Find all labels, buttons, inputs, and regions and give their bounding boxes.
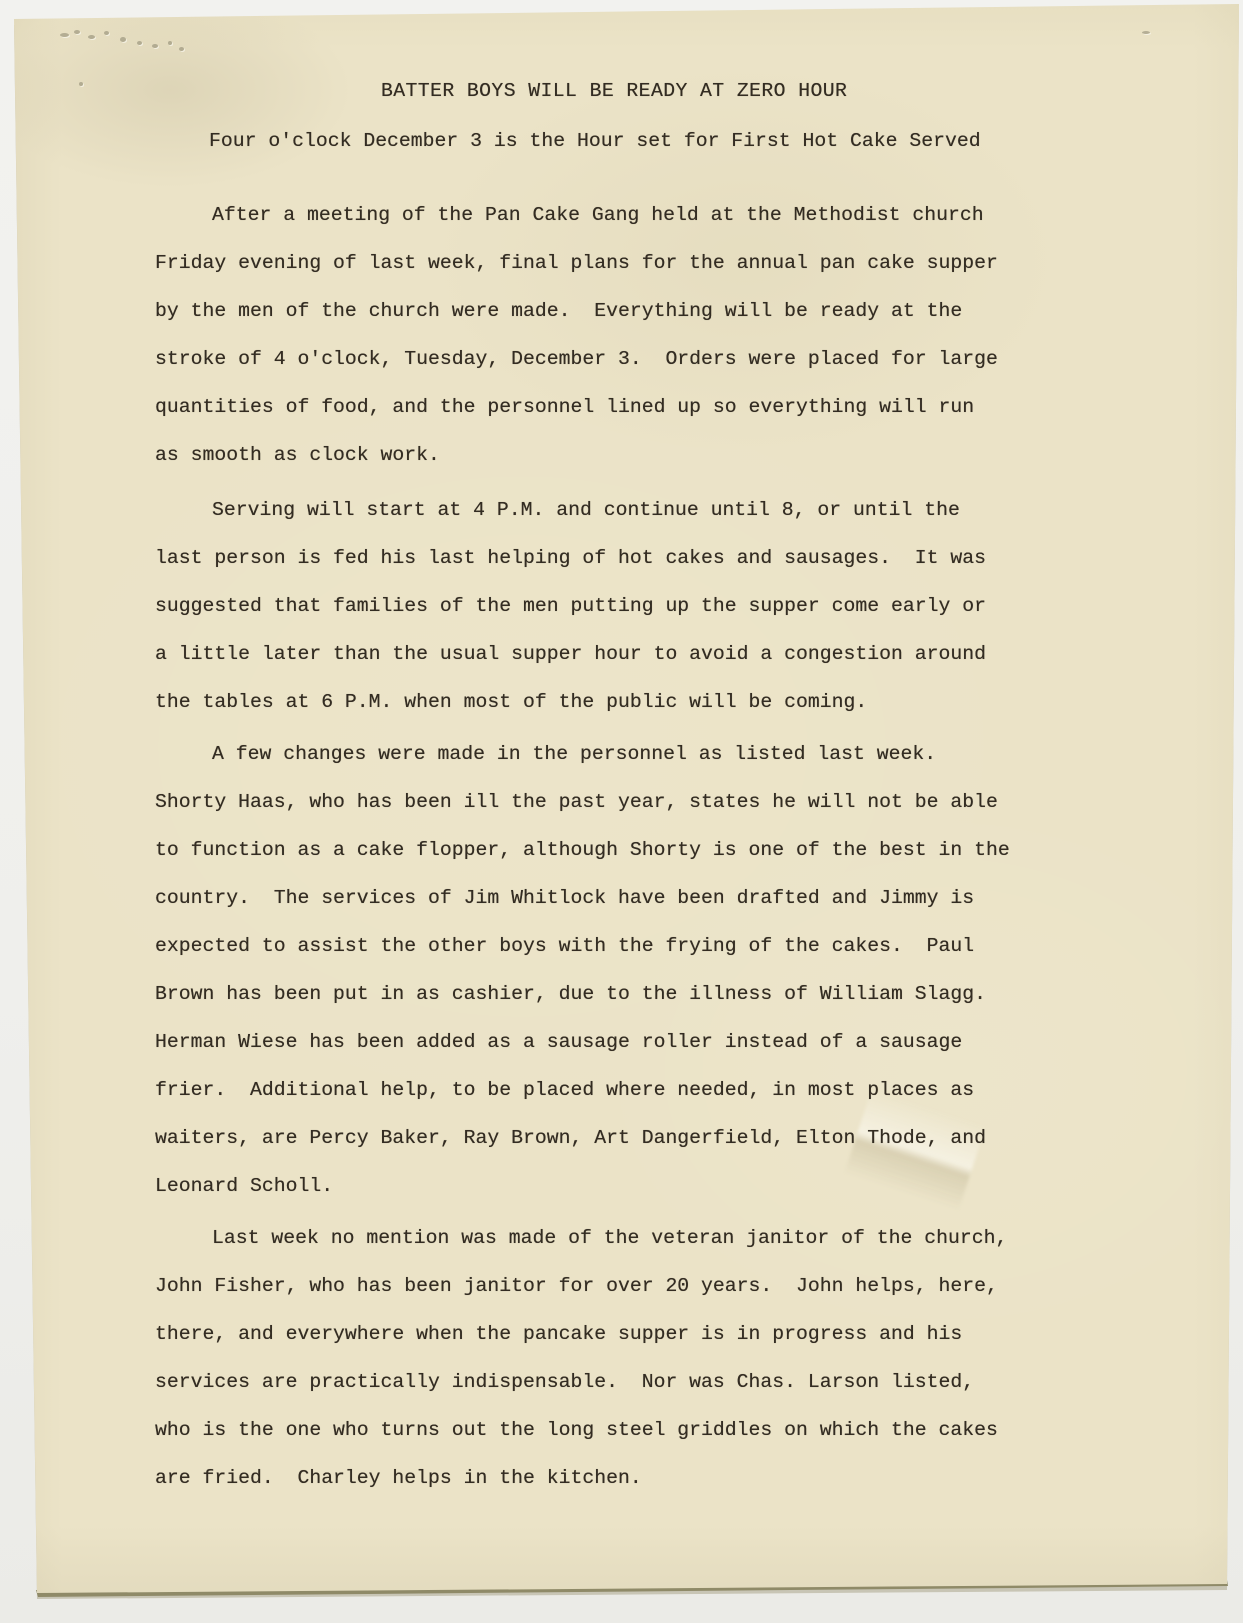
text-line: last person is fed his last helping of h… <box>155 534 1055 582</box>
text-line: Leonard Scholl. <box>155 1162 1055 1210</box>
document-body: After a meeting of the Pan Cake Gang hel… <box>155 191 1055 1502</box>
typewritten-text-layer: BATTER BOYS WILL BE READY AT ZERO HOUR F… <box>0 0 1243 1623</box>
text-line: as smooth as clock work. <box>155 431 1055 479</box>
text-line: Herman Wiese has been added as a sausage… <box>155 1018 1055 1066</box>
text-line: waiters, are Percy Baker, Ray Brown, Art… <box>155 1114 1055 1162</box>
text-line: John Fisher, who has been janitor for ov… <box>155 1262 1055 1310</box>
paragraph: Serving will start at 4 P.M. and continu… <box>155 486 1055 726</box>
text-line: frier. Additional help, to be placed whe… <box>155 1066 1055 1114</box>
text-line: expected to assist the other boys with t… <box>155 922 1055 970</box>
text-line: After a meeting of the Pan Cake Gang hel… <box>155 191 1055 239</box>
document-subtitle: Four o'clock December 3 is the Hour set … <box>209 130 981 152</box>
text-line: who is the one who turns out the long st… <box>155 1406 1055 1454</box>
text-line: Shorty Haas, who has been ill the past y… <box>155 778 1055 826</box>
paragraph: After a meeting of the Pan Cake Gang hel… <box>155 191 1055 479</box>
text-line: A few changes were made in the personnel… <box>155 730 1055 778</box>
text-line: services are practically indispensable. … <box>155 1358 1055 1406</box>
text-line: the tables at 6 P.M. when most of the pu… <box>155 678 1055 726</box>
text-line: to function as a cake flopper, although … <box>155 826 1055 874</box>
text-line: Last week no mention was made of the vet… <box>155 1214 1055 1262</box>
text-line: there, and everywhere when the pancake s… <box>155 1310 1055 1358</box>
scan-background: BATTER BOYS WILL BE READY AT ZERO HOUR F… <box>0 0 1243 1623</box>
text-line: quantities of food, and the personnel li… <box>155 383 1055 431</box>
text-line: Serving will start at 4 P.M. and continu… <box>155 486 1055 534</box>
text-line: a little later than the usual supper hou… <box>155 630 1055 678</box>
text-line: stroke of 4 o'clock, Tuesday, December 3… <box>155 335 1055 383</box>
text-line: country. The services of Jim Whitlock ha… <box>155 874 1055 922</box>
document-title: BATTER BOYS WILL BE READY AT ZERO HOUR <box>381 80 847 102</box>
text-line: by the men of the church were made. Ever… <box>155 287 1055 335</box>
text-line: Friday evening of last week, final plans… <box>155 239 1055 287</box>
paragraph: Last week no mention was made of the vet… <box>155 1214 1055 1502</box>
text-line: Brown has been put in as cashier, due to… <box>155 970 1055 1018</box>
text-line: are fried. Charley helps in the kitchen. <box>155 1454 1055 1502</box>
text-line: suggested that families of the men putti… <box>155 582 1055 630</box>
paragraph: A few changes were made in the personnel… <box>155 730 1055 1210</box>
